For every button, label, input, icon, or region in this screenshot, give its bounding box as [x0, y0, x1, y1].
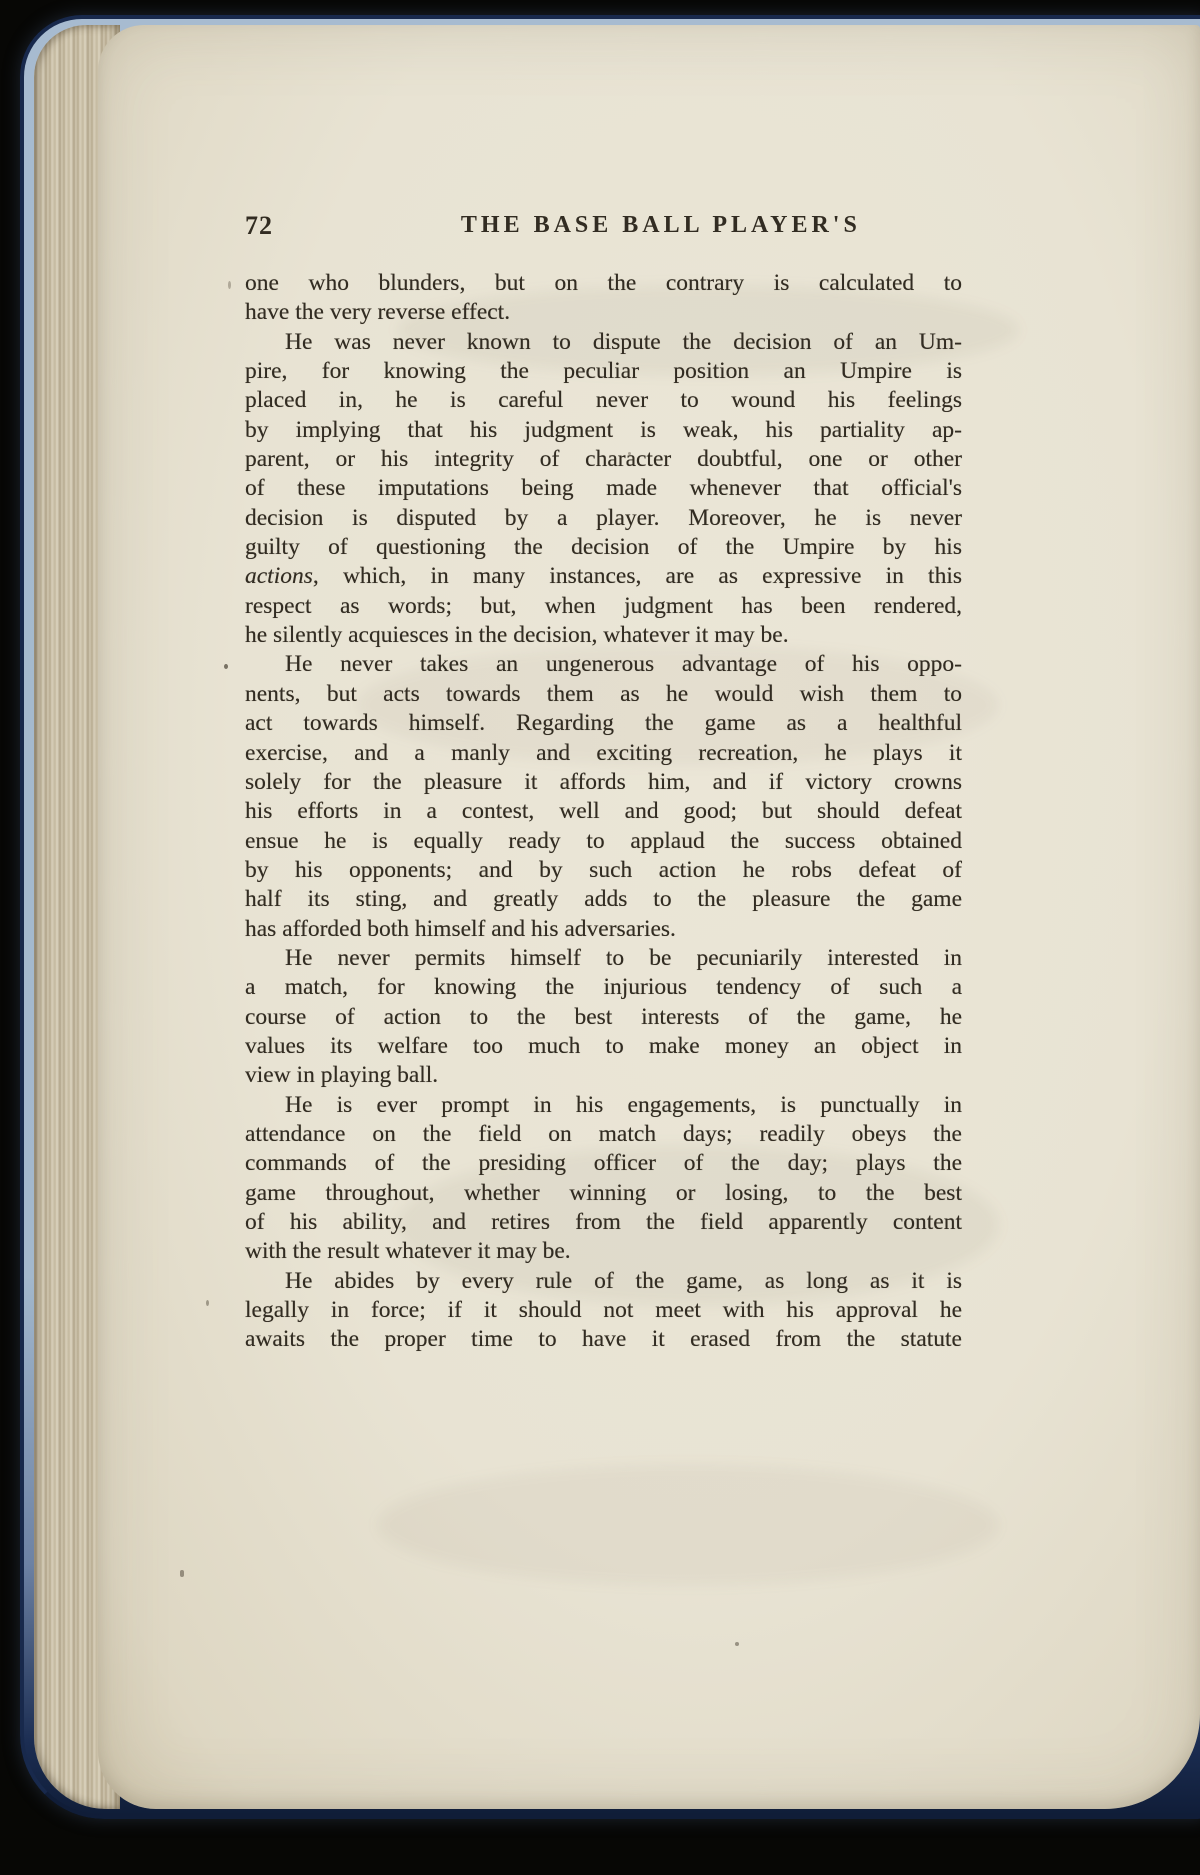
text-line: commands of the presiding officer of the…: [245, 1149, 962, 1178]
text-line: values its welfare too much to make mone…: [245, 1032, 962, 1061]
text-line: view in playing ball.: [245, 1061, 962, 1090]
text-line: game throughout, whether winning or losi…: [245, 1179, 962, 1208]
text-line: by implying that his judgment is weak, h…: [245, 416, 962, 445]
text-line: solely for the pleasure it affords him, …: [245, 768, 962, 797]
text-line: decision is disputed by a player. Moreov…: [245, 504, 962, 533]
text-line: He is ever prompt in his engagements, is…: [245, 1091, 962, 1120]
text-line: a match, for knowing the injurious tende…: [245, 973, 962, 1002]
text-line: one who blunders, but on the contrary is…: [245, 269, 962, 298]
page-number: 72: [245, 211, 273, 241]
text-line: placed in, he is careful never to wound …: [245, 386, 962, 415]
body-text: one who blunders, but on the contrary is…: [245, 269, 962, 1355]
line-remainder: , which, in many instances, are as expre…: [313, 563, 962, 589]
text-line: attendance on the field on match days; r…: [245, 1120, 962, 1149]
text-line: respect as words; but, when judgment has…: [245, 592, 962, 621]
text-line: awaits the proper time to have it erased…: [245, 1325, 962, 1354]
text-line: has afforded both himself and his advers…: [245, 915, 962, 944]
page-content: 72 THE BASE BALL PLAYER'S one who blunde…: [98, 25, 1200, 1809]
running-header: 72 THE BASE BALL PLAYER'S: [245, 211, 962, 243]
text-line: He abides by every rule of the game, as …: [245, 1267, 962, 1296]
text-line: He never takes an ungenerous advantage o…: [245, 650, 962, 679]
text-line: his efforts in a contest, well and good;…: [245, 797, 962, 826]
text-line: with the result whatever it may be.: [245, 1237, 962, 1266]
text-line: act towards himself. Regarding the game …: [245, 709, 962, 738]
text-line: actions, which, in many instances, are a…: [245, 562, 962, 591]
text-line: he silently acquiesces in the decision, …: [245, 621, 962, 650]
text-line: half its sting, and greatly adds to the …: [245, 885, 962, 914]
text-line: course of action to the best interests o…: [245, 1003, 962, 1032]
text-line: of these imputations being made whenever…: [245, 474, 962, 503]
text-line: He was never known to dispute the decisi…: [245, 328, 962, 357]
book-scan: 72 THE BASE BALL PLAYER'S one who blunde…: [0, 0, 1200, 1875]
text-line: parent, or his integrity of character do…: [245, 445, 962, 474]
text-line: of his ability, and retires from the fie…: [245, 1208, 962, 1237]
text-line: nents, but acts towards them as he would…: [245, 680, 962, 709]
italic-word: actions: [245, 563, 313, 589]
running-title: THE BASE BALL PLAYER'S: [461, 212, 861, 239]
text-line: guilty of questioning the decision of th…: [245, 533, 962, 562]
text-line: have the very reverse effect.: [245, 298, 962, 327]
text-line: ensue he is equally ready to applaud the…: [245, 827, 962, 856]
text-line: He never permits himself to be pecuniari…: [245, 944, 962, 973]
text-line: by his opponents; and by such action he …: [245, 856, 962, 885]
text-line: legally in force; if it should not meet …: [245, 1296, 962, 1325]
text-line: pire, for knowing the peculiar position …: [245, 357, 962, 386]
text-line: exercise, and a manly and exciting recre…: [245, 739, 962, 768]
